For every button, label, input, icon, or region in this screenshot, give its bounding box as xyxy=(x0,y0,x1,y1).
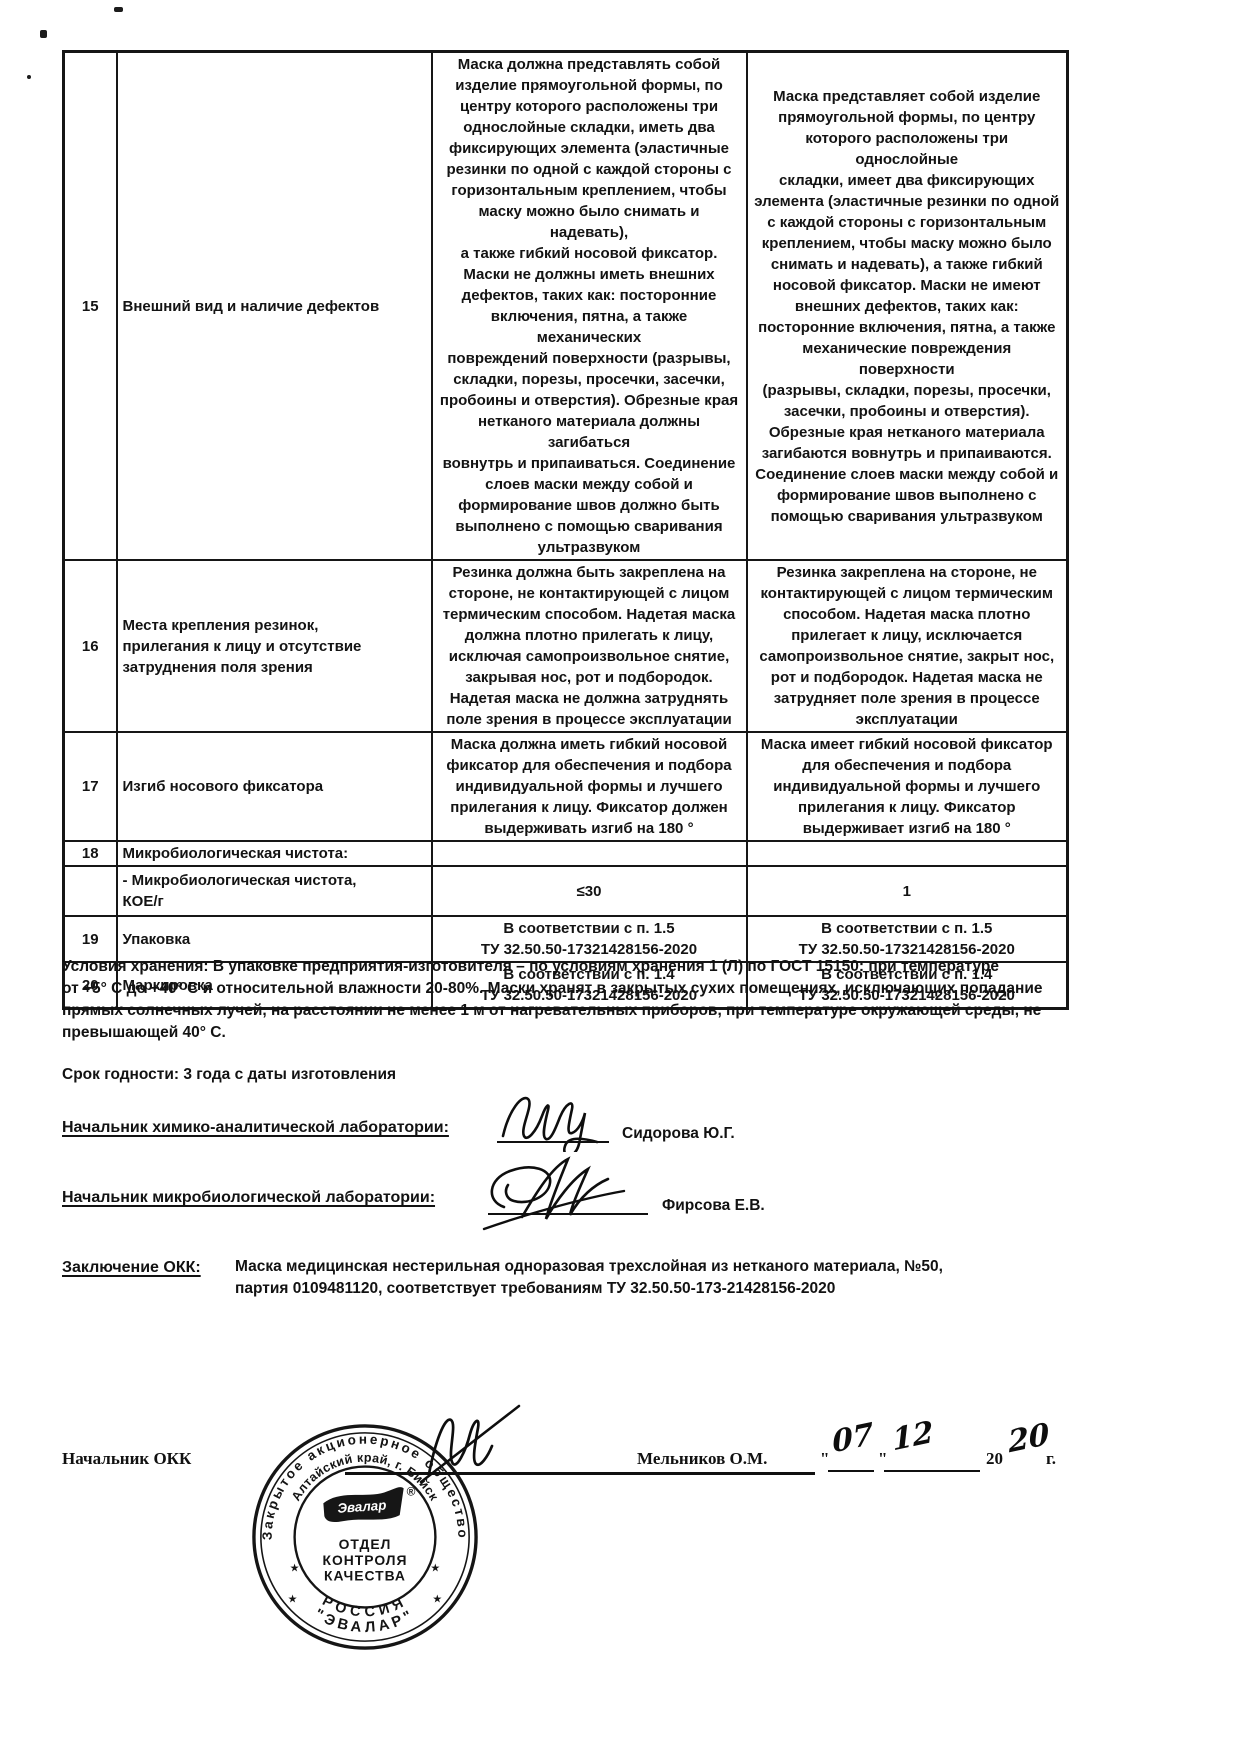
okk-conclusion-label: Заключение ОКК: xyxy=(62,1258,201,1278)
micro-lab-head-name: Фирсова Е.В. xyxy=(662,1196,765,1216)
result-cell xyxy=(747,841,1068,866)
date-year-unit: г. xyxy=(1046,1448,1056,1470)
date-month-line xyxy=(884,1470,980,1472)
signature-line xyxy=(488,1213,648,1215)
scan-speck xyxy=(114,7,123,12)
scanned-qc-document: { "table": { "rows": [ { "num": "15", "p… xyxy=(0,0,1240,1754)
row-number: 18 xyxy=(64,841,117,866)
okk-head-label: Начальник ОКК xyxy=(62,1448,191,1470)
result-cell: 1 xyxy=(747,866,1068,916)
row-number xyxy=(64,866,117,916)
requirement-cell xyxy=(432,841,747,866)
requirement-cell: ≤30 xyxy=(432,866,747,916)
okk-head-signature xyxy=(413,1400,528,1485)
table-row: 15 Внешний вид и наличие дефектов Маска … xyxy=(64,52,1068,561)
micro-lab-head-label: Начальник микробиологической лаборатории… xyxy=(62,1188,435,1208)
parameter-cell: Изгиб носового фиксатора xyxy=(117,732,432,841)
storage-conditions-text: Условия хранения: В упаковке предприятия… xyxy=(62,956,1187,1044)
stamp-dept-line1: ОТДЕЛ xyxy=(339,1536,392,1552)
table-row: 18 Микробиологическая чистота: xyxy=(64,841,1068,866)
okk-head-name: Мельников О.М. xyxy=(637,1448,767,1470)
star-icon: ★ xyxy=(430,1563,440,1575)
requirement-cell: Резинка должна быть закреплена на сторон… xyxy=(432,560,747,732)
date-day-handwritten: 07 xyxy=(831,1420,874,1459)
parameter-cell: Микробиологическая чистота: xyxy=(117,841,432,866)
result-cell: Маска представляет собой изделие прямоуг… xyxy=(747,52,1068,561)
parameter-cell: - Микробиологическая чистота, КОЕ/г xyxy=(117,866,432,916)
table-row: 17 Изгиб носового фиксатора Маска должна… xyxy=(64,732,1068,841)
signature-line xyxy=(497,1141,609,1143)
qc-parameters-table: 15 Внешний вид и наличие дефектов Маска … xyxy=(62,50,1069,1010)
date-month-handwritten: 12 xyxy=(891,1418,934,1457)
row-number: 15 xyxy=(64,52,117,561)
date-quote-close: " xyxy=(878,1448,887,1470)
date-day-line xyxy=(828,1470,874,1472)
scan-speck xyxy=(27,75,31,79)
requirement-cell: Маска должна представлять собой изделие … xyxy=(432,52,747,561)
result-cell: Резинка закреплена на стороне, не контак… xyxy=(747,560,1068,732)
shelf-life-text: Срок годности: 3 года с даты изготовлени… xyxy=(62,1064,396,1086)
stamp-dept-line2: КОНТРОЛЯ xyxy=(323,1552,408,1568)
star-icon: ★ xyxy=(432,1593,442,1605)
date-year-handwritten: 20 xyxy=(1007,1420,1050,1459)
row-number: 16 xyxy=(64,560,117,732)
stamp-dept-line3: КАЧЕСТВА xyxy=(324,1568,406,1584)
okk-conclusion-text: Маска медицинская нестерильная одноразов… xyxy=(235,1256,1135,1300)
micro-lab-signature xyxy=(478,1155,653,1240)
chem-lab-head-label: Начальник химико-аналитической лаборатор… xyxy=(62,1118,449,1138)
scan-speck xyxy=(40,30,47,38)
registered-mark-icon: ® xyxy=(407,1484,416,1498)
date-quote-open: " xyxy=(820,1448,829,1470)
chem-lab-head-name: Сидорова Ю.Г. xyxy=(622,1124,735,1144)
date-year-prefix: 20 xyxy=(986,1448,1003,1470)
row-number: 17 xyxy=(64,732,117,841)
result-cell: Маска имеет гибкий носовой фиксатор для … xyxy=(747,732,1068,841)
table-row: - Микробиологическая чистота, КОЕ/г ≤30 … xyxy=(64,866,1068,916)
star-icon: ★ xyxy=(290,1563,300,1575)
parameter-cell: Внешний вид и наличие дефектов xyxy=(117,52,432,561)
parameter-cell: Места крепления резинок, прилегания к ли… xyxy=(117,560,432,732)
requirement-cell: Маска должна иметь гибкий носовой фиксат… xyxy=(432,732,747,841)
star-icon: ★ xyxy=(288,1593,298,1605)
table-row: 16 Места крепления резинок, прилегания к… xyxy=(64,560,1068,732)
